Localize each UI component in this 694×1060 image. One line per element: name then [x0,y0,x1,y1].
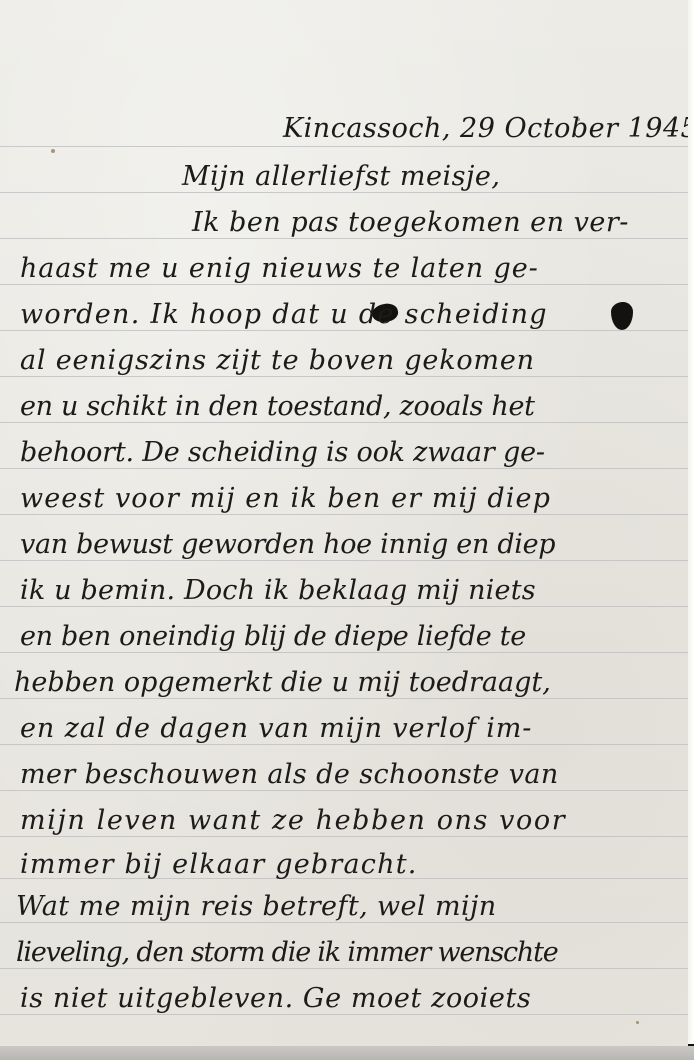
ruled-line [0,922,688,923]
letter-line: haast me u enig nieuws te laten ge- [20,254,539,284]
letter-line: hebben opgemerkt die u mij toedraagt, [14,668,551,698]
letter-line: weest voor mij en ik ben er mij diep [20,484,551,514]
paper-bottom-shadow [0,1046,694,1060]
ruled-line [0,652,688,653]
ruled-line [0,606,688,607]
ruled-line [0,422,688,423]
ruled-line [0,146,688,147]
paper-stain [636,1021,639,1024]
ruled-line [0,192,688,193]
ruled-line [0,698,688,699]
ruled-line [0,238,688,239]
letter-line: mer beschouwen als de schoonste van [20,760,559,790]
letter-line: is niet uitgebleven. Ge moet zooiets [20,984,531,1014]
letter-line: en ben oneindig blij de diepe liefde te [20,622,526,652]
ruled-line [0,968,688,969]
letter-salutation: Mijn allerliefst meisje, [182,162,500,192]
letter-line: lieveling, den storm die ik immer wensch… [16,938,558,968]
letter-line: Wat me mijn reis betreft, wel mijn [16,892,497,922]
ruled-line [0,836,688,837]
paper-right-edge [688,0,694,1060]
letter-line: ik u bemin. Doch ik beklaag mij niets [20,576,536,606]
ruled-line [0,560,688,561]
letter-line: en u schikt in den toestand, zooals het [20,392,535,422]
paper-stain [51,149,55,153]
letter-line: Ik ben pas toegekomen en ver- [192,208,629,238]
ruled-line [0,790,688,791]
letter-paper: Kincassoch, 29 October 1945. Mijn allerl… [0,0,688,1046]
ruled-line [0,284,688,285]
ruled-line [0,330,688,331]
letter-place-date: Kincassoch, 29 October 1945. [283,114,694,144]
letter-line: al eenigszins zijt te boven gekomen [20,346,535,376]
letter-line: worden. Ik hoop dat u de scheiding [20,300,548,330]
ink-blot [611,302,633,330]
ruled-line [0,744,688,745]
letter-line: behoort. De scheiding is ook zwaar ge- [20,438,545,468]
letter-line: en zal de dagen van mijn verlof im- [20,714,532,744]
ruled-line [0,468,688,469]
ruled-line [0,514,688,515]
letter-line: van bewust geworden hoe innig en diep [20,530,555,560]
ruled-line [0,1014,688,1015]
letter-line: immer bij elkaar gebracht. [20,850,418,880]
letter-line: mijn leven want ze hebben ons voor [20,806,566,836]
ruled-line [0,376,688,377]
